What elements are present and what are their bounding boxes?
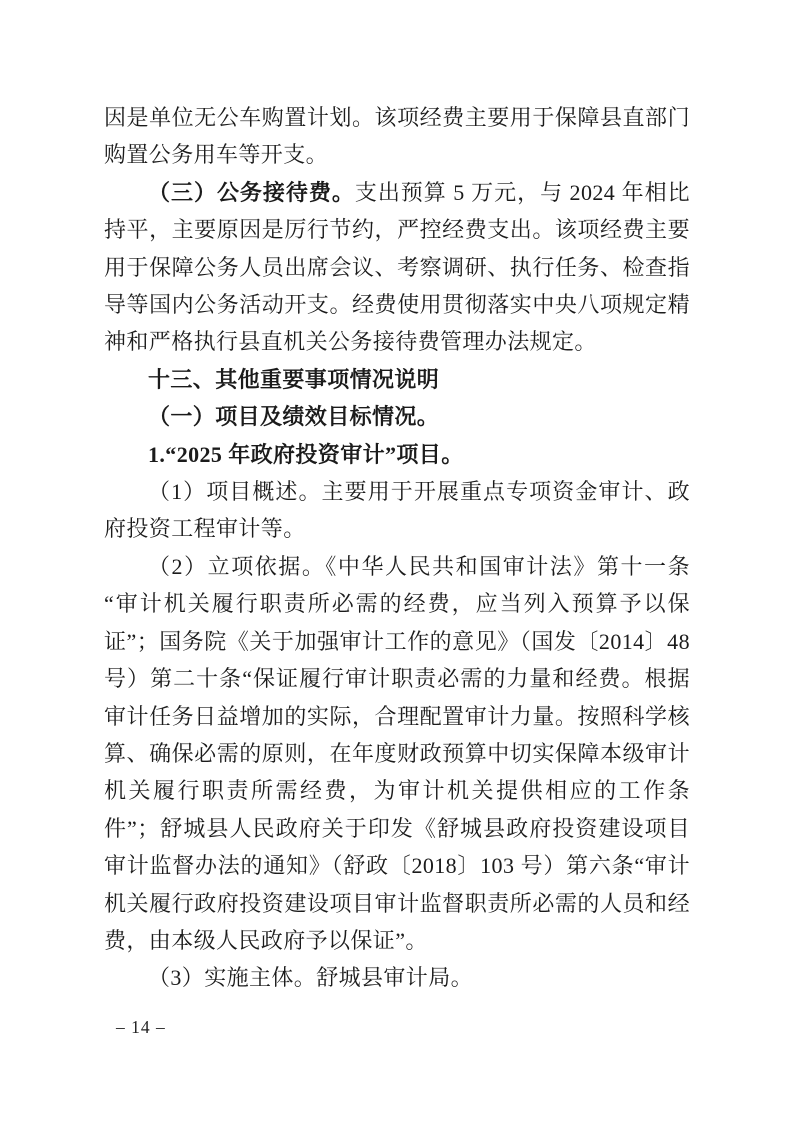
paragraph: 十三、其他重要事项情况说明 — [104, 361, 690, 398]
body-text: （3）实施主体。舒城县审计局。 — [148, 965, 473, 990]
paragraph: （一）项目及绩效目标情况。 — [104, 398, 690, 435]
document-body: 因是单位无公车购置计划。该项经费主要用于保障县直部门购置公务用车等开支。（三）公… — [104, 99, 690, 997]
bold-text: 1.“2025 年政府投资审计”项目。 — [148, 442, 464, 467]
document-page: 因是单位无公车购置计划。该项经费主要用于保障县直部门购置公务用车等开支。（三）公… — [0, 0, 793, 1122]
bold-text: （一）项目及绩效目标情况。 — [148, 404, 439, 429]
body-text: 因是单位无公车购置计划。该项经费主要用于保障县直部门购置公务用车等开支。 — [104, 105, 690, 167]
bold-text: （三）公务接待费。 — [148, 180, 355, 205]
body-text: 支出预算 5 万元，与 2024 年相比持平，主要原因是厉行节约，严控经费支出。… — [104, 180, 690, 355]
paragraph: （3）实施主体。舒城县审计局。 — [104, 959, 690, 996]
body-text: （1）项目概述。主要用于开展重点专项资金审计、政府投资工程审计等。 — [104, 479, 690, 541]
body-text: （2）立项依据。《中华人民共和国审计法》第十一条 “审计机关履行职责所必需的经费… — [104, 554, 690, 953]
paragraph: （1）项目概述。主要用于开展重点专项资金审计、政府投资工程审计等。 — [104, 473, 690, 548]
paragraph: 因是单位无公车购置计划。该项经费主要用于保障县直部门购置公务用车等开支。 — [104, 99, 690, 174]
bold-text: 十三、其他重要事项情况说明 — [148, 367, 439, 392]
paragraph: （2）立项依据。《中华人民共和国审计法》第十一条 “审计机关履行职责所必需的经费… — [104, 548, 690, 959]
paragraph: 1.“2025 年政府投资审计”项目。 — [104, 436, 690, 473]
page-number: – 14 – — [116, 1017, 166, 1038]
paragraph: （三）公务接待费。支出预算 5 万元，与 2024 年相比持平，主要原因是厉行节… — [104, 174, 690, 361]
